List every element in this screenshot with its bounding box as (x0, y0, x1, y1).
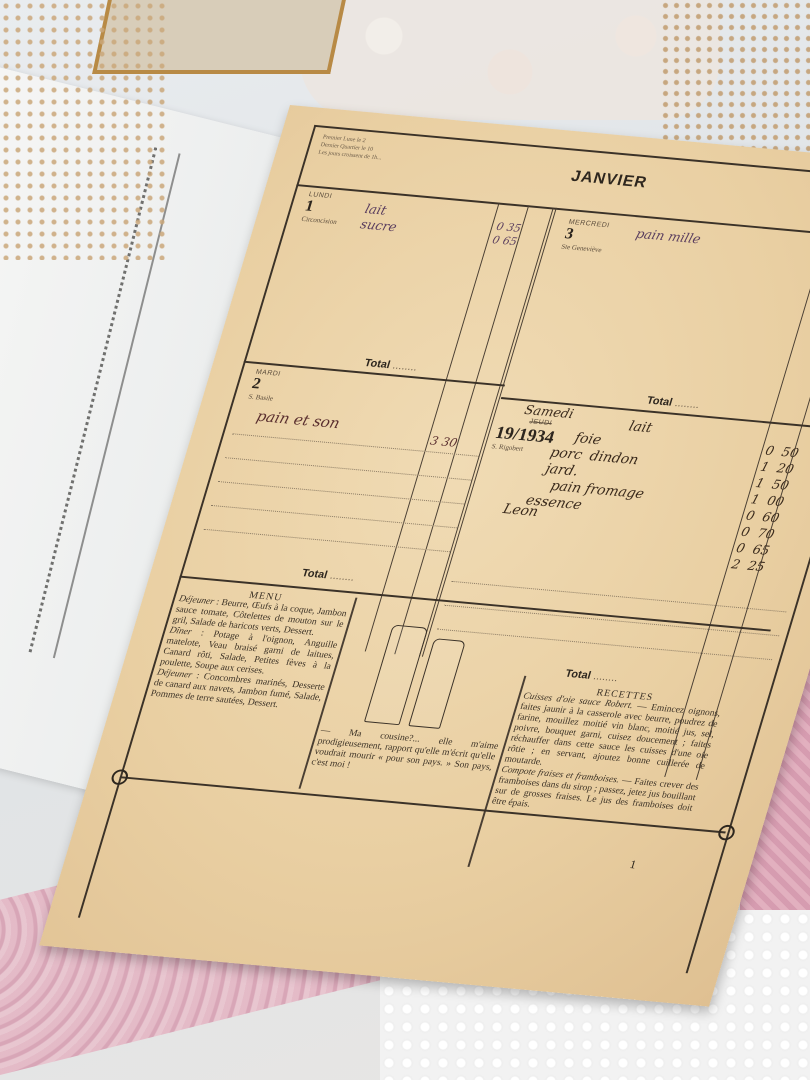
ledger-page: Premier Lune le 2 Dernier Quartier le 10… (39, 105, 810, 1007)
recipes-box: RECETTES Cuisses d'oie sauce Robert. — E… (490, 681, 725, 825)
amount-mardi: 3 30 (429, 434, 459, 450)
cartoon-caption: — Ma cousine?... elle m'aime prodigieuse… (310, 726, 500, 784)
account-book: Premier Lune le 2 Dernier Quartier le 10… (0, 0, 810, 1080)
menu-box: MENU Déjeuner : Beurre, Œufs à la coque,… (149, 584, 351, 715)
